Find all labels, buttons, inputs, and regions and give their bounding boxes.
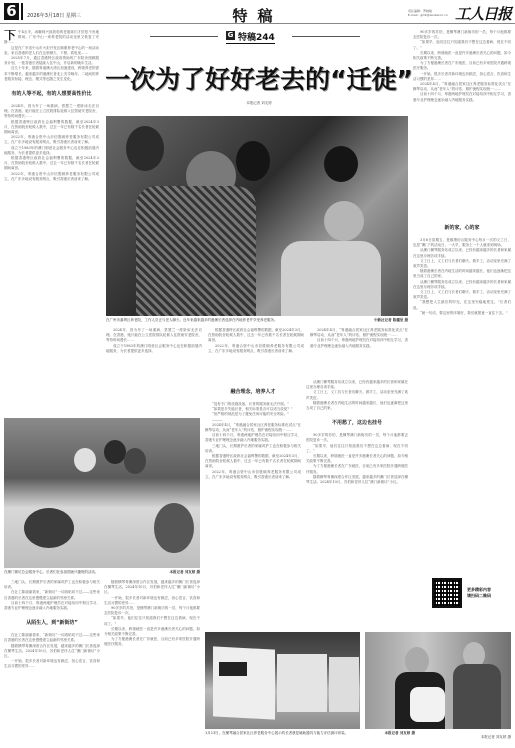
caption-text: 在澳门街坊总会服务中心，长者们在参加国画兴趣班的活动。 — [4, 570, 99, 574]
body-paragraph: 成立于1983年的澳门明爱社会服务中心也在积极拓展内地服务，为长者提供更多选择。 — [106, 344, 202, 354]
headline: 一次为了好好老去的“迁徙” — [100, 60, 418, 96]
figure-shape — [236, 141, 270, 181]
photo-credit: 本报记者 刘友婷 摄 — [481, 735, 511, 739]
body-paragraph: 2022年，粤港合资中山市信胜颐养老服务有限公司成立，在广东多地设有服务网点，吸… — [4, 135, 99, 145]
body-paragraph: “如果早，他们往往只知道我们不想在这边看病，现在不同了。” — [306, 444, 408, 454]
intro-paragraph: 近几十年来，随着粤港澳大湾区加速建设，跨境养老的需求不断增长，越来越多的港澳长者… — [4, 66, 99, 82]
photo-credit: 本报记者 刘友婷 摄 — [170, 570, 200, 575]
body-paragraph: 义工日上，义工们与长者们聊天、做手工，活动室里充满了欢声笑语。 — [413, 259, 511, 269]
figure-shape — [405, 647, 429, 675]
figure-shape — [74, 448, 96, 472]
column-tag-label: 特稿244 — [238, 33, 275, 43]
photo-rehab-equipment — [205, 632, 360, 729]
figure-shape — [126, 126, 164, 171]
body-paragraph: 成立于1983年的澳门明爱社会服务中心也在积极拓展内地服务，为长者提供更多选择。 — [4, 146, 99, 156]
display-board — [277, 654, 327, 712]
body-paragraph: 根据香港特区政府社会福利署的数据，截至2024年3月，在资助院舍轮候人数中，过去… — [4, 120, 99, 136]
body-paragraph: “就一句话，要这里的环境好，我们就愿意一直住下去。” — [413, 311, 511, 316]
figure-shape — [324, 146, 358, 182]
column-right-top: 90多岁的苏伯，是横琴澳门新街坊的一员，每个月他都要去医院复诊一次。 “如果早，… — [413, 30, 511, 215]
body-paragraph: 随着横琴粤澳深度合作区发展，越来越多的澳门长者选择在横琴生活。2024年10月，… — [4, 644, 100, 660]
body-paragraph: 一开始，很多长者对新环境也有顾虑，担心语言、饮食和生活习惯的差异…… — [4, 659, 100, 669]
body-paragraph: 90多岁的苏伯，是横琴澳门新街坊的一员，每个月他都要去医院复诊一次。 — [306, 433, 408, 443]
body-paragraph: “如果早，他们往往只知道我们不想在这边看病，现在不同了。” — [104, 616, 200, 626]
body-paragraph: 在社工陈丽丽看来，“新街坊”一词再贴切不过——这些来自香港的长者在这里慢慢建立起… — [4, 590, 100, 600]
column-center-left: 融合理念，培养人才 “没有专门的设施设备，长者的服务就无法开展。” “如果是半失… — [205, 380, 301, 630]
body-paragraph: 2024年4月，“粤港融合居家社区养老服务标准化试点”在横琴启动，从而“老年人”… — [413, 82, 511, 92]
body-paragraph: 一开始，很多长者对新环境也有顾虑，担心语言、饮食和生活习惯的差异…… — [413, 72, 511, 82]
editor-info: 责任编辑：罗晓敏 E-mail：grtk@workercn.cn — [408, 9, 448, 17]
tag-divider-right — [292, 36, 360, 37]
column-tag-row: G 特稿244 — [150, 30, 360, 42]
body-paragraph: 在社工陈丽丽看来，“新街坊”一词再贴切不过——这些来自香港的长者在这里慢慢建立起… — [4, 633, 100, 643]
body-paragraph: 长期以来，跨境就医一直是许多港澳长者关心的问题，如今相关政策不断完善。 — [413, 51, 511, 61]
body-paragraph: 90多岁的苏伯，是横琴澳门新街坊的一员，每个月他都要去医院复诊一次。 — [104, 606, 200, 616]
body-paragraph: “如果早，他们往往只知道我们不想在这边看病，现在不同了。” — [413, 40, 511, 50]
photo-painting-class — [4, 418, 200, 568]
figure-shape — [104, 440, 126, 464]
section-heading: 不用愁了，这边也挂号 — [306, 419, 408, 426]
body-paragraph: 义工日上，义工们与长者们聊天、做手工，活动室里充满了欢声笑语。 — [413, 290, 511, 300]
caption-text: 在广州市番禺区养老院，工作人员正与老人聊天。近年来越来越多的港澳长者选择在内地养… — [106, 318, 278, 322]
qr-text: 更多精彩内容 请扫码二维码 — [467, 587, 491, 599]
qr-code-icon[interactable] — [432, 578, 462, 608]
photo-caption: 在澳门街坊总会服务中心，长者们在参加国画兴趣班的活动。 本报记者 刘友婷 摄 — [4, 570, 200, 575]
body-paragraph: 义工日上，义工们与长者们聊天、做手工，活动室里充满了欢声笑语。 — [306, 390, 408, 400]
figure-shape — [410, 687, 445, 722]
body-paragraph: 2024年4月，“粤港融合居家社区养老服务标准化试点”在横琴启动，从而“老年人”… — [310, 328, 408, 338]
qr-text-line: 请扫码二维码 — [467, 593, 491, 599]
body-paragraph: 90多岁的苏伯，是横琴澳门新街坊的一员，每个月他都要去医院复诊一次。 — [413, 30, 511, 40]
figure-shape — [324, 201, 364, 241]
body-paragraph: “我想把人生最后的时光，在这里安稳地度过。”长者们说。 — [413, 300, 511, 310]
body-paragraph: 目前十四个月，粤港两地护理员在对接培训中相互学习，香港专业护理理念逐步融入内地服… — [310, 338, 408, 348]
figure-shape — [136, 186, 256, 316]
equipment-case — [219, 662, 247, 676]
intro-paragraph: 午4点半，闲聊到兴致勃勃的老姐妹们才依依不舍地散场，广东中山一家养老院的活动室里… — [4, 30, 99, 44]
section-heading: 从陌生人，到“新街坊” — [4, 619, 100, 626]
body-paragraph: 一开始，很多长者对新环境也有顾虑，担心语言、饮食和生活习惯的差异…… — [104, 596, 200, 606]
body-paragraph: 为了方便港澳长者在广东就医，目前已有多家医院开通跨境医疗服务。 — [413, 61, 511, 71]
column-mid-2: 根据香港特区政府社会福利署的数据，截至2024年3月，在资助院舍轮候人数中，过去… — [208, 328, 304, 380]
body-paragraph: 从澳门横琴服务站成立以来，已经有越来越多的长者和家属在这里办理各项手续。 — [306, 380, 408, 390]
dropcap: 下 — [4, 30, 16, 40]
body-paragraph: 随着港澳长者在内地生活的时间越来越长，他们也逐渐把这里当成了自己的家。 — [413, 269, 511, 279]
figure-shape — [281, 241, 381, 316]
display-board — [329, 657, 359, 712]
figure-shape — [24, 508, 74, 548]
body-paragraph: 三地门头，长期照护长者的家属或护工也在积极参与相关培训。 — [4, 580, 100, 590]
column-tag: G 特稿244 — [226, 30, 275, 44]
body-paragraph: 为了方便港澳长者在广东就医，目前已有多家医院开通跨境医疗服务。 — [306, 464, 408, 474]
body-paragraph: 从澳门横琴服务站成立以来，已经有越来越多的长者和家属在这里办理各项手续。 — [413, 248, 511, 258]
body-paragraph: 随着横琴粤澳深度合作区发展，越来越多的澳门长者选择在横琴生活。2024年10月，… — [104, 580, 200, 596]
body-paragraph: 三地门头，长期照护长者的家属或护工也在积极参与相关培训。 — [205, 444, 301, 454]
editor-email[interactable]: E-mail：grtk@workercn.cn — [408, 13, 448, 17]
body-paragraph: 根据香港特区政府社会福利署的数据，截至2024年3月，在资助院舍轮候人数中，过去… — [4, 156, 99, 172]
body-paragraph: 随着横琴粤澳深度合作区发展，越来越多的澳门长者选择在横琴生活。2024年10月，… — [306, 475, 408, 485]
body-paragraph: 随着港澳长者在内地生活的时间越来越长，他们也逐渐把这里当成了自己的家。 — [306, 401, 408, 411]
figure-shape — [453, 664, 501, 729]
photo-blood-pressure — [365, 632, 511, 729]
body-paragraph: 目前十四个月，粤港两地护理员在对接培训中相互学习，香港专业护理理念逐步融入内地服… — [4, 601, 100, 611]
figure-shape — [154, 503, 194, 553]
body-paragraph: 2022年，粤港合资中山市信胜颐养老服务有限公司成立，在广东多地设有服务网点，吸… — [205, 470, 301, 480]
body-paragraph: 根据香港特区政府社会福利署的数据，截至2024年3月，在资助院舍轮候人数中，过去… — [205, 454, 301, 470]
body-paragraph: 目前十四个月，粤港两地护理员在对接培训中相互学习，香港专业护理理念逐步融入内地服… — [205, 433, 301, 443]
body-paragraph: 2022年，粤港合资中山市信胜颐养老服务有限公司成立，在广东多地设有服务网点，吸… — [4, 172, 99, 182]
tag-divider-left — [150, 36, 218, 37]
body-paragraph: 2024年，因为车了一场重病，蔡慧兰一度卧床无法自理。在香港，她只能在公立医院排… — [4, 104, 99, 120]
body-paragraph: 长期以来，跨境就医一直是许多港澳长者关心的问题，如今相关政策不断完善。 — [104, 627, 200, 637]
body-paragraph: 2022年，粤港合资中山市信胜颐养老服务有限公司成立，在广东多地设有服务网点，吸… — [208, 344, 304, 354]
column-left: 下午4点半，闲聊到兴致勃勃的老姐妹们才依依不舍地散场，广东中山一家养老院的活动室… — [4, 30, 99, 370]
column-right-mid: 新的家，心的家 3月6日星期五，是颐康综合服务中心每月一次的义工日，也是“澳门”… — [413, 216, 511, 536]
body-paragraph: 目前十四个月，粤港两地护理员在对接培训中相互学习，香港专业护理理念逐步融入内地服… — [413, 92, 511, 102]
body-paragraph: 根据香港特区政府社会福利署的数据，截至2024年3月，在资助院舍轮候人数中，过去… — [208, 328, 304, 344]
intro-paragraph: 2025年7月，通过香港特区政府资助的广东院舍照顾服务计划，一批香港长者陆续入住… — [4, 56, 99, 66]
section-heading: 新的家，心的家 — [413, 224, 511, 231]
byline: 本报记者 刘友婷 — [100, 101, 418, 106]
section-heading: 融合理念，培养人才 — [205, 388, 301, 395]
body-paragraph: 从澳门横琴服务站成立以来，已经有越来越多的长者和家属在这里办理各项手续。 — [413, 280, 511, 290]
figure-shape — [124, 448, 146, 474]
photo-caption: 本报记者 刘友婷 摄 — [416, 735, 511, 740]
body-paragraph: 2024年4月，“粤港融合居家社区养老服务标准化试点”在横琴启动，从而“老年人”… — [205, 423, 301, 433]
body-paragraph: 长期以来，跨境就医一直是许多港澳长者关心的问题，如今相关政策不断完善。 — [306, 454, 408, 464]
photo-caption: 1月13日，在横琴融合居家社区养老服务中心展示的长者康复辅助器具与能力评估测评套… — [205, 731, 415, 736]
photo-credit: 中新社记者 陈骥旻 摄 — [374, 318, 408, 323]
intro-paragraph: 这是在广东省中山市火炬开发区颐康养老中心的一间活动室。来自香港的老人们在这里聊天… — [4, 46, 99, 56]
newspaper-masthead: 工人日报 — [455, 3, 511, 24]
column-center-right: 从澳门横琴服务站成立以来，已经有越来越多的长者和家属在这里办理各项手续。 义工日… — [306, 380, 408, 630]
column-left2-bottom: 随着横琴粤澳深度合作区发展，越来越多的澳门长者选择在横琴生活。2024年10月，… — [104, 580, 200, 748]
body-paragraph: 3月6日星期五，是颐康综合服务中心每月一次的义工日，也是“澳门”的活动日，一大早… — [413, 238, 511, 248]
display-board — [213, 646, 275, 719]
column-left-bottom: 三地门头，长期照护长者的家属或护工也在积极参与相关培训。 在社工陈丽丽看来，“新… — [4, 580, 100, 748]
photo-caption: 在广州市番禺区养老院，工作人员正与老人聊天。近年来越来越多的港澳长者选择在内地养… — [106, 318, 408, 323]
photo-credit: 本报记者 刘友婷 摄 — [385, 731, 415, 736]
body-paragraph: “但严格的规范是为了避免任何可能的安全风险。” — [205, 412, 301, 417]
caption-text: 1月13日，在横琴融合居家社区养老服务中心展示的长者康复辅助器具与能力评估测评套… — [205, 731, 348, 735]
photo-nursing-home-chat — [106, 116, 408, 316]
body-paragraph: 为了方便港澳长者在广东就医，目前已有多家医院开通跨境医疗服务。 — [104, 637, 200, 647]
column-logo-icon: G — [226, 31, 235, 40]
section-heading: 有的人等不起，有的人想要高性价比 — [4, 90, 99, 97]
column-mid-3: 2024年4月，“粤港融合居家社区养老服务标准化试点”在横琴启动，从而“老年人”… — [310, 328, 408, 380]
qr-block: 更多精彩内容 请扫码二维码 — [432, 578, 491, 608]
column-mid-1: 2024年，因为车了一场重病，蔡慧兰一度卧床无法自理。在香港，她只能在公立医院排… — [106, 328, 202, 380]
body-paragraph: 2024年，因为车了一场重病，蔡慧兰一度卧床无法自理。在香港，她只能在公立医院排… — [106, 328, 202, 344]
